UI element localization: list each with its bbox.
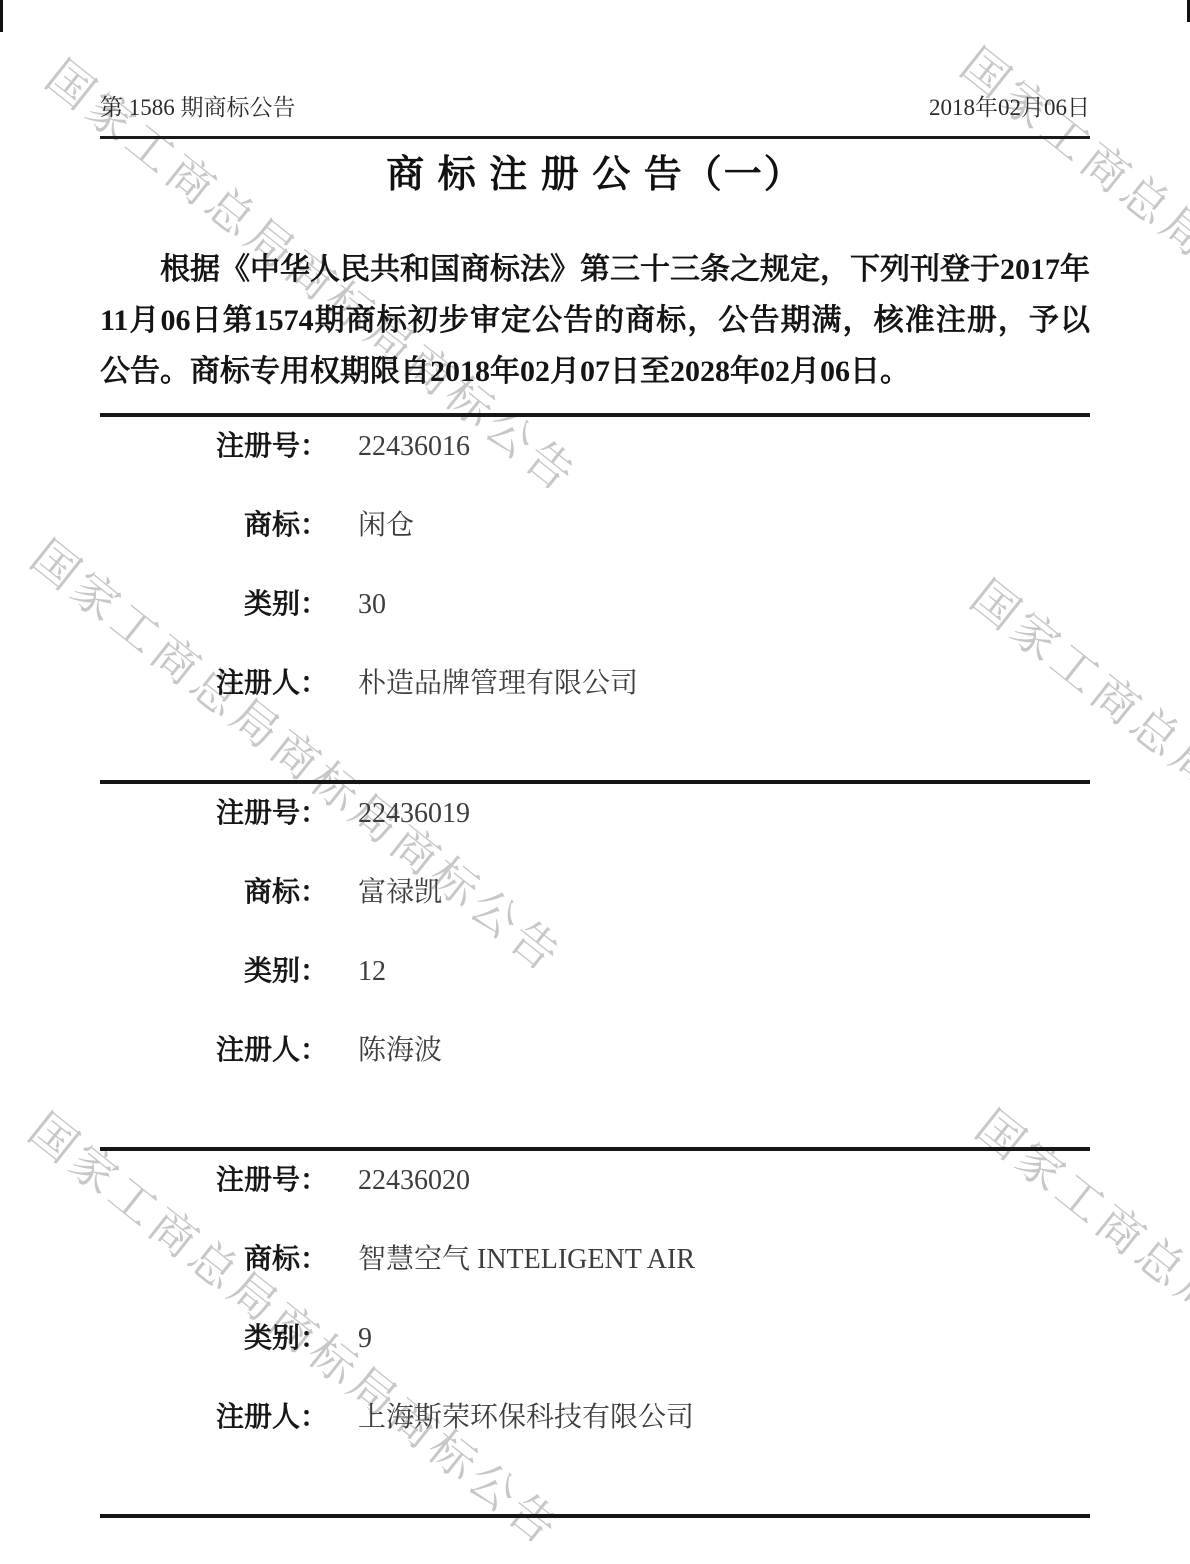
intro-paragraph: 根据《中华人民共和国商标法》第三十三条之规定，下列刊登于2017年 11月06日… [100, 244, 1090, 397]
trademark-row: 商标： 智慧空气 INTELIGENT AIR [100, 1244, 1090, 1276]
trademark-entry: 注册号： 22436019 商标： 富禄凯 类别： 12 注册人： 陈海波 [100, 780, 1090, 1131]
reg-no-value: 22436019 [358, 798, 470, 830]
reg-no-value: 22436016 [358, 431, 470, 463]
category-row: 类别： 9 [100, 1323, 1090, 1355]
trademark-label: 商标： [100, 510, 328, 542]
trademark-entry: 注册号： 22436020 商标： 智慧空气 INTELIGENT AIR 类别… [100, 1147, 1090, 1498]
reg-no-label: 注册号： [100, 798, 328, 830]
issue-label: 第 1586 期商标公告 [100, 94, 296, 122]
category-label: 类别： [100, 589, 328, 621]
reg-no-row: 注册号： 22436020 [100, 1165, 1090, 1197]
gazette-page: 国家工商总局商标局商标公告 国家工商总局商标局商标公告 国家工商总局商标局商标公… [0, 0, 1190, 1564]
reg-no-label: 注册号： [100, 431, 328, 463]
category-row: 类别： 12 [100, 956, 1090, 988]
registrant-label: 注册人： [100, 668, 328, 700]
intro-line-2: 11月06日第1574期商标初步审定公告的商标，公告期满，核准注册，予以 [100, 295, 1090, 346]
registrant-value: 陈海波 [358, 1035, 442, 1067]
trademark-value: 智慧空气 INTELIGENT AIR [358, 1244, 695, 1276]
registrant-row: 注册人： 朴造品牌管理有限公司 [100, 668, 1090, 700]
trademark-value: 闲仓 [358, 510, 414, 542]
page-title: 商 标 注 册 公 告（一） [100, 153, 1090, 199]
intro-line-1: 根据《中华人民共和国商标法》第三十三条之规定，下列刊登于2017年 [100, 244, 1090, 295]
category-label: 类别： [100, 956, 328, 988]
category-value: 12 [358, 956, 386, 988]
registrant-row: 注册人： 陈海波 [100, 1035, 1090, 1067]
header-divider [100, 136, 1090, 139]
trademark-label: 商标： [100, 877, 328, 909]
reg-no-row: 注册号： 22436016 [100, 431, 1090, 463]
reg-no-row: 注册号： 22436019 [100, 798, 1090, 830]
trademark-row: 商标： 富禄凯 [100, 877, 1090, 909]
trademark-row: 商标： 闲仓 [100, 510, 1090, 542]
reg-no-value: 22436020 [358, 1165, 470, 1197]
registrant-label: 注册人： [100, 1035, 328, 1067]
category-row: 类别： 30 [100, 589, 1090, 621]
registrant-row: 注册人： 上海斯荣环保科技有限公司 [100, 1402, 1090, 1434]
trademark-label: 商标： [100, 1244, 328, 1276]
category-value: 9 [358, 1323, 372, 1355]
trademark-entry: 注册号： 22436016 商标： 闲仓 类别： 30 注册人： 朴造品牌管理有… [100, 413, 1090, 764]
document-content: 第 1586 期商标公告 2018年02月06日 商 标 注 册 公 告（一） … [100, 0, 1090, 1518]
registrant-value: 朴造品牌管理有限公司 [358, 668, 638, 700]
category-value: 30 [358, 589, 386, 621]
scan-artifact-left [0, 0, 3, 32]
registrant-value: 上海斯荣环保科技有限公司 [358, 1402, 694, 1434]
category-label: 类别： [100, 1323, 328, 1355]
header-date: 2018年02月06日 [929, 94, 1090, 122]
page-header: 第 1586 期商标公告 2018年02月06日 [100, 94, 1090, 122]
reg-no-label: 注册号： [100, 1165, 328, 1197]
registrant-label: 注册人： [100, 1402, 328, 1434]
trademark-value: 富禄凯 [358, 877, 442, 909]
bottom-divider [100, 1514, 1090, 1518]
intro-line-3: 公告。商标专用权期限自2018年02月07日至2028年02月06日。 [100, 346, 1090, 397]
